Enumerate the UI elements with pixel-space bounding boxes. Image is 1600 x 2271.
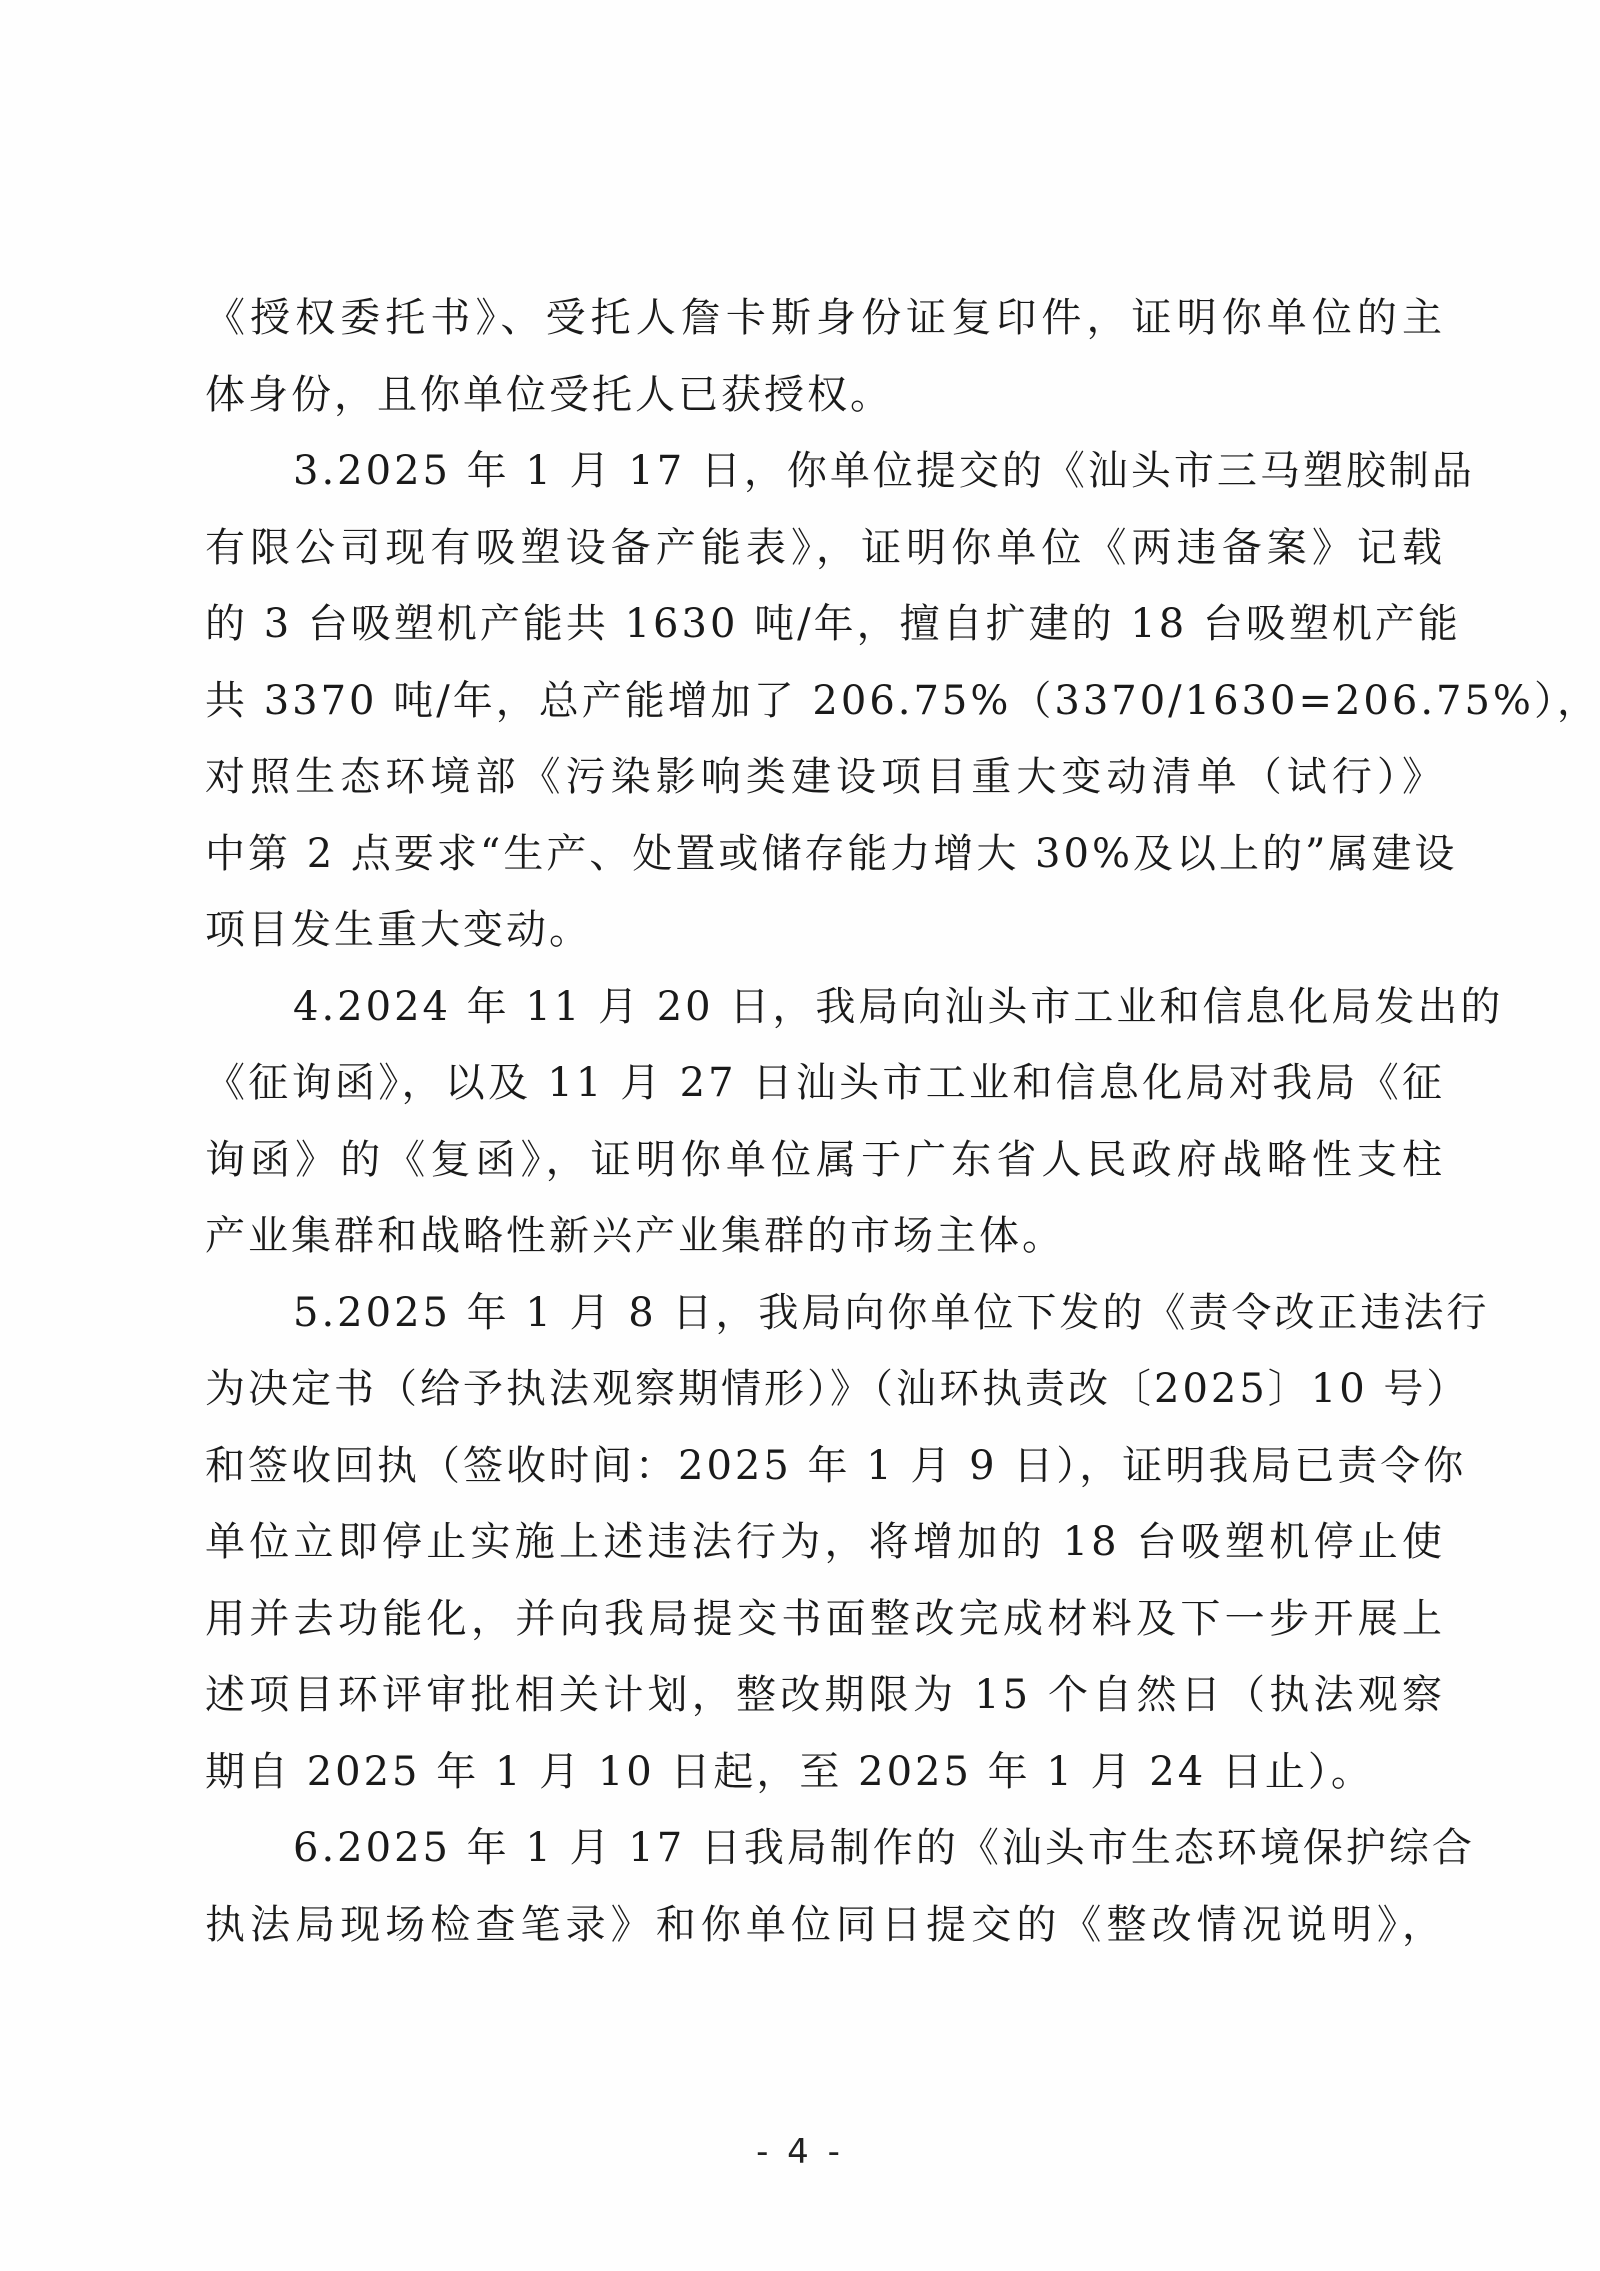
line-10: 《征询函》，以及 11 月 27 日汕头市工业和信息化局对我局《征 <box>205 1045 1445 1122</box>
line-11: 询函》的《复函》，证明你单位属于广东省人民政府战略性支柱 <box>205 1122 1445 1199</box>
text-line: 的 3 台吸塑机产能共 1630 吨/年，擅自扩建的 18 台吸塑机产能 <box>205 586 1445 663</box>
line-19: 期自 2025 年 1 月 10 日起，至 2025 年 1 月 24 日止）。 <box>205 1734 1445 1811</box>
document-page: 《授权委托书》、受托人詹卡斯身份证复印件，证明你单位的主 体身份，且你单位受托人… <box>0 0 1600 2271</box>
text-line: 有限公司现有吸塑设备产能表》，证明你单位《两违备案》记载 <box>205 510 1445 587</box>
text-line: 执法局现场检查笔录》和你单位同日提交的《整改情况说明》， <box>205 1887 1445 1964</box>
text-line: 为决定书（给予执法观察期情形）》（汕环执责改〔2025〕10 号） <box>205 1351 1445 1428</box>
text-line: 产业集群和战略性新兴产业集群的市场主体。 <box>205 1198 1445 1275</box>
text-line: 询函》的《复函》，证明你单位属于广东省人民政府战略性支柱 <box>205 1122 1445 1199</box>
text-line: 述项目环评审批相关计划，整改期限为 15 个自然日（执法观察 <box>205 1657 1445 1734</box>
line-14: 为决定书（给予执法观察期情形）》（汕环执责改〔2025〕10 号） <box>205 1351 1445 1428</box>
line-0: 《授权委托书》、受托人詹卡斯身份证复印件，证明你单位的主 <box>205 280 1445 357</box>
text-line: 项目发生重大变动。 <box>205 892 1445 969</box>
paragraph-3-start: 3.2025 年 1 月 17 日，你单位提交的《汕头市三马塑胶制品 <box>205 433 1445 510</box>
line-16: 单位立即停止实施上述违法行为，将增加的 18 台吸塑机停止使 <box>205 1504 1445 1581</box>
line-13: 5.2025 年 1 月 8 日，我局向你单位下发的《责令改正违法行 <box>293 1275 1445 1352</box>
text-line: 用并去功能化，并向我局提交书面整改完成材料及下一步开展上 <box>205 1581 1445 1658</box>
text-line: 《征询函》，以及 11 月 27 日汕头市工业和信息化局对我局《征 <box>205 1045 1445 1122</box>
line-6: 对照生态环境部《污染影响类建设项目重大变动清单（试行）》 <box>205 739 1445 816</box>
text-line: 共 3370 吨/年，总产能增加了 206.75%（3370/1630=206.… <box>205 663 1445 740</box>
text-line: 体身份，且你单位受托人已获授权。 <box>205 357 1445 434</box>
line-7: 中第 2 点要求“生产、处置或储存能力增大 30%及以上的”属建设 <box>205 816 1445 893</box>
line-9: 4.2024 年 11 月 20 日，我局向汕头市工业和信息化局发出的 <box>293 969 1445 1046</box>
line-12: 产业集群和战略性新兴产业集群的市场主体。 <box>205 1198 1445 1275</box>
line-8: 项目发生重大变动。 <box>205 892 1445 969</box>
text-line: 《授权委托书》、受托人詹卡斯身份证复印件，证明你单位的主 <box>205 280 1445 357</box>
paragraph-5-start: 5.2025 年 1 月 8 日，我局向你单位下发的《责令改正违法行 <box>205 1275 1445 1352</box>
text-line: 对照生态环境部《污染影响类建设项目重大变动清单（试行）》 <box>205 739 1445 816</box>
text-line: 期自 2025 年 1 月 10 日起，至 2025 年 1 月 24 日止）。 <box>205 1734 1445 1811</box>
paragraph-6-start: 6.2025 年 1 月 17 日我局制作的《汕头市生态环境保护综合 <box>205 1810 1445 1887</box>
text-line: 单位立即停止实施上述违法行为，将增加的 18 台吸塑机停止使 <box>205 1504 1445 1581</box>
line-21: 执法局现场检查笔录》和你单位同日提交的《整改情况说明》， <box>205 1887 1445 1964</box>
line-4: 的 3 台吸塑机产能共 1630 吨/年，擅自扩建的 18 台吸塑机产能 <box>205 586 1445 663</box>
line-20: 6.2025 年 1 月 17 日我局制作的《汕头市生态环境保护综合 <box>293 1810 1445 1887</box>
body-text: 《授权委托书》、受托人詹卡斯身份证复印件，证明你单位的主 体身份，且你单位受托人… <box>205 280 1445 1963</box>
line-1: 体身份，且你单位受托人已获授权。 <box>205 357 1445 434</box>
line-2: 3.2025 年 1 月 17 日，你单位提交的《汕头市三马塑胶制品 <box>293 433 1445 510</box>
line-17: 用并去功能化，并向我局提交书面整改完成材料及下一步开展上 <box>205 1581 1445 1658</box>
paragraph-4-start: 4.2024 年 11 月 20 日，我局向汕头市工业和信息化局发出的 <box>205 969 1445 1046</box>
line-15: 和签收回执（签收时间：2025 年 1 月 9 日），证明我局已责令你 <box>205 1428 1445 1505</box>
line-18: 述项目环评审批相关计划，整改期限为 15 个自然日（执法观察 <box>205 1657 1445 1734</box>
red-seal-fragment-icon <box>0 1010 50 1340</box>
line-5: 共 3370 吨/年，总产能增加了 206.75%（3370/1630=206.… <box>205 663 1445 740</box>
text-line: 中第 2 点要求“生产、处置或储存能力增大 30%及以上的”属建设 <box>205 816 1445 893</box>
page-number: - 4 - <box>0 2132 1600 2172</box>
text-line: 和签收回执（签收时间：2025 年 1 月 9 日），证明我局已责令你 <box>205 1428 1445 1505</box>
line-3: 有限公司现有吸塑设备产能表》，证明你单位《两违备案》记载 <box>205 510 1445 587</box>
